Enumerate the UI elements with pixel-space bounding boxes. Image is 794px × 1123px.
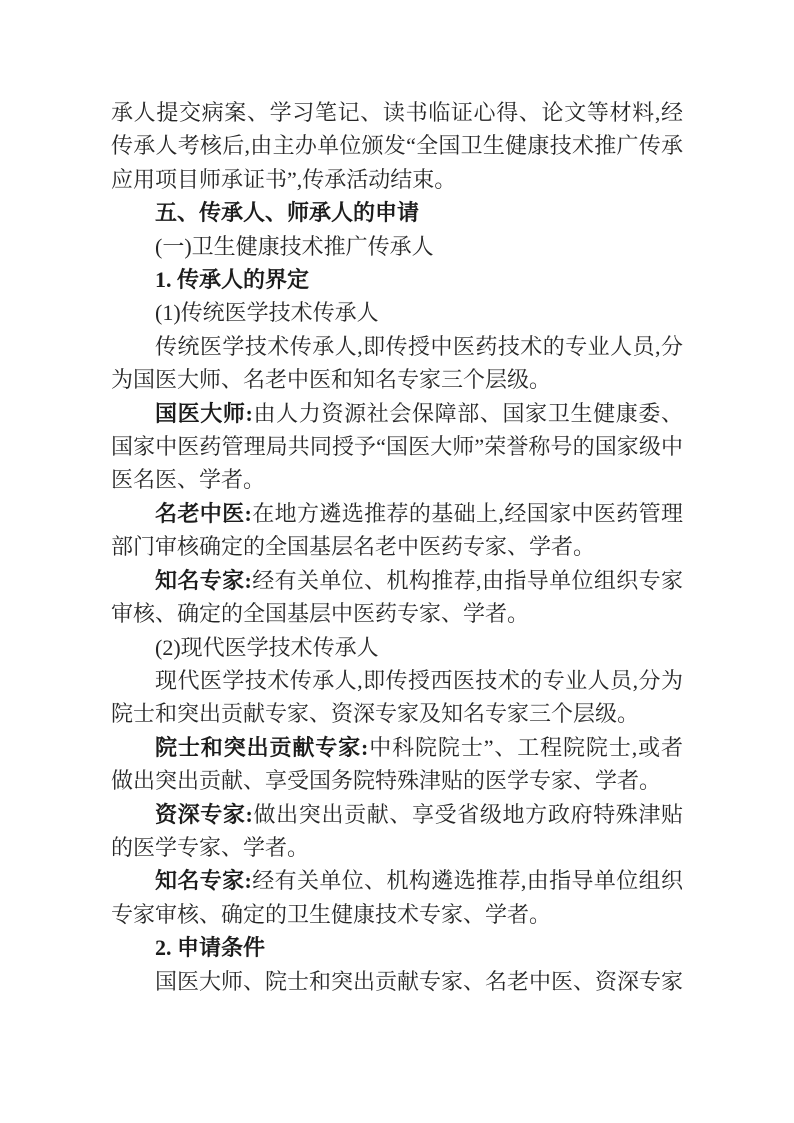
subitem-2-modern-medicine-inheritor: (2)现代医学技术传承人 [111,631,683,664]
document-page: 承人提交病案、学习笔记、读书临证心得、论文等材料,经传承人考核后,由主办单位颁发… [0,0,794,1123]
term-label-renowned-expert-tcm: 知名专家: [155,568,252,593]
para-renowned-expert-tcm: 知名专家:经有关单位、机构推荐,由指导单位组织专家审核、确定的全国基层中医药专家… [111,564,683,631]
para-modern-inheritor-intro: 现代医学技术传承人,即传授西医技术的专业人员,分为院士和突出贡献专家、资深专家及… [111,664,683,731]
para-senior-expert: 资深专家:做出突出贡献、享受省级地方政府特殊津贴的医学专家、学者。 [111,798,683,865]
para-national-tcm-master: 国医大师:由人力资源社会保障部、国家卫生健康委、国家中医药管理局共同授予“国医大… [111,397,683,497]
subheading-one-health-tech-inheritor: (一)卫生健康技术推广传承人 [111,230,683,263]
term-label-famous-tcm-doctor: 名老中医: [155,501,252,526]
para-renowned-expert-health: 知名专家:经有关单位、机构遴选推荐,由指导单位组织专家审核、确定的卫生健康技术专… [111,864,683,931]
document-body: 承人提交病案、学习笔记、读书临证心得、论文等材料,经传承人考核后,由主办单位颁发… [111,96,683,998]
heading-1-inheritor-definition: 1. 传承人的界定 [111,263,683,296]
heading-section-five-application: 五、传承人、师承人的申请 [111,196,683,229]
para-academician-outstanding-expert: 院士和突出贡献专家:中科院院士”、工程院院士,或者做出突出贡献、享受国务院特殊津… [111,731,683,798]
term-label-senior-expert: 资深专家: [155,802,253,827]
para-traditional-inheritor-intro: 传统医学技术传承人,即传授中医药技术的专业人员,分为国医大师、名老中医和知名专家… [111,330,683,397]
para-application-conditions-start: 国医大师、院士和突出贡献专家、名老中医、资深专家 [111,965,683,998]
term-label-renowned-expert-health: 知名专家: [155,868,252,893]
term-label-national-tcm-master: 国医大师: [155,401,253,426]
subitem-1-traditional-medicine-inheritor: (1)传统医学技术传承人 [111,296,683,329]
term-label-academician-outstanding-expert: 院士和突出贡献专家: [155,735,368,760]
para-certificate-completion: 承人提交病案、学习笔记、读书临证心得、论文等材料,经传承人考核后,由主办单位颁发… [111,96,683,196]
heading-2-application-conditions: 2. 申请条件 [111,931,683,964]
para-famous-tcm-doctor: 名老中医:在地方遴选推荐的基础上,经国家中医药管理部门审核确定的全国基层名老中医… [111,497,683,564]
